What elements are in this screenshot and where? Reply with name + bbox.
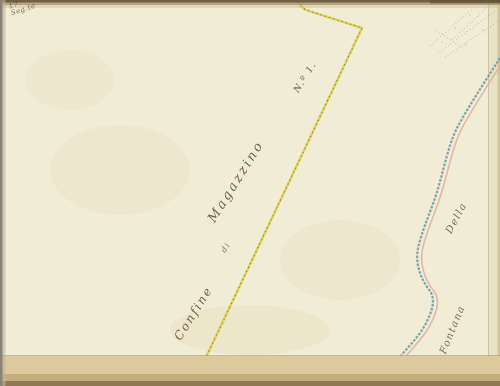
bottom-band-shadow: [0, 374, 500, 381]
paper-left-edge-fade: [3, 0, 6, 386]
paper-top-right-corner: [430, 0, 500, 4]
manuscript-map-sheet: 17 Seg.te N.º 1. Magazzino di Confine De…: [0, 0, 500, 386]
paper-left-edge: [0, 0, 3, 386]
paper-top-edge: [0, 0, 500, 3]
map-drawing: [0, 0, 500, 386]
paper-top-edge-fade: [0, 5, 500, 8]
paper-bottom-edge: [0, 381, 500, 386]
paper-top-edge-mid: [0, 3, 500, 6]
bottom-band: [0, 356, 500, 374]
